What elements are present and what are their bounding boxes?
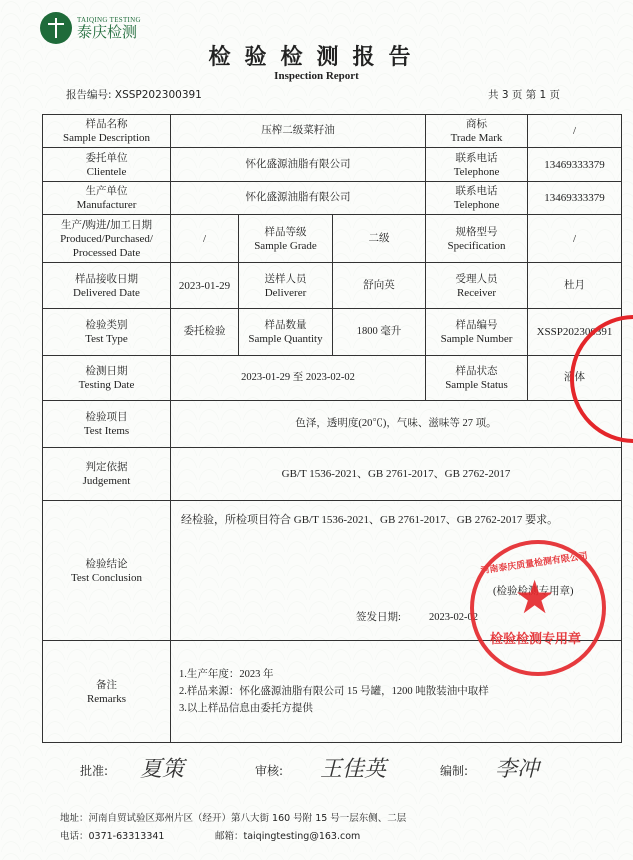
table-row: 生产/购进/加工日期Produced/Purchased/Processed D…: [43, 215, 622, 263]
label-delivered-date: 样品接收日期Delivered Date: [43, 263, 171, 309]
label-manufacturer: 生产单位Manufacturer: [43, 182, 171, 215]
footer-address: 地址：河南自贸试验区郑州片区（经开）第八大街 160 号附 15 号一层东侧、二…: [60, 810, 406, 824]
footer-email: 邮箱：taiqingtesting@163.com: [215, 828, 360, 842]
page-subtitle: Inspection Report: [0, 70, 633, 82]
label-judgement: 判定依据Judgement: [43, 448, 171, 501]
table-row: 判定依据Judgement GB/T 1536-2021、GB 2761-201…: [43, 448, 622, 501]
report-number: 报告编号: XSSP202300391: [66, 87, 202, 102]
value-test-items: 色泽，透明度(20℃)，气味、滋味等 27 项。: [171, 401, 622, 448]
compile-label: 编制:: [440, 762, 468, 779]
compile-signature: 李冲: [495, 752, 539, 783]
footer-phone: 电话：0371-63313341: [60, 828, 164, 842]
label-testing-date: 检测日期Testing Date: [43, 356, 171, 401]
page-info: 共 3 页 第 1 页: [488, 87, 560, 102]
table-row: 生产单位Manufacturer 怀化盛源油脂有限公司 联系电话Telephon…: [43, 182, 622, 215]
sign-date: 2023-02-02: [429, 611, 478, 625]
value-clientele: 怀化盛源油脂有限公司: [171, 148, 426, 182]
remark-line: 2.样品来源：怀化盛源油脂有限公司 15 号罐，1200 吨散装油中取样: [179, 683, 621, 700]
review-signature: 王佳英: [320, 752, 386, 783]
table-row: 备注Remarks 1.生产年度：2023 年 2.样品来源：怀化盛源油脂有限公…: [43, 641, 622, 743]
table-row: 检测日期Testing Date 2023-01-29 至 2023-02-02…: [43, 356, 622, 401]
value-testing-date: 2023-01-29 至 2023-02-02: [171, 356, 426, 401]
value-receiver: 杜月: [528, 263, 622, 309]
table-row: 检验项目Test Items 色泽，透明度(20℃)，气味、滋味等 27 项。: [43, 401, 622, 448]
table-row: 委托单位Clientele 怀化盛源油脂有限公司 联系电话Telephone 1…: [43, 148, 622, 182]
value-telephone-2: 13469333379: [528, 182, 622, 215]
approve-label: 批准:: [80, 762, 108, 779]
label-sample-number: 样品编号Sample Number: [426, 309, 528, 356]
label-clientele: 委托单位Clientele: [43, 148, 171, 182]
value-sample-grade: 二级: [333, 215, 426, 263]
value-remarks: 1.生产年度：2023 年 2.样品来源：怀化盛源油脂有限公司 15 号罐，12…: [171, 641, 622, 743]
value-sample-quantity: 1800 毫升: [333, 309, 426, 356]
label-remarks: 备注Remarks: [43, 641, 171, 743]
value-trade-mark: /: [528, 115, 622, 148]
value-sample-description: 压榨二级菜籽油: [171, 115, 426, 148]
table-row: 样品接收日期Delivered Date 2023-01-29 送样人员Deli…: [43, 263, 622, 309]
label-test-type: 检验类别Test Type: [43, 309, 171, 356]
review-label: 审核:: [255, 762, 283, 779]
value-deliverer: 舒向英: [333, 263, 426, 309]
label-sample-status: 样品状态Sample Status: [426, 356, 528, 401]
label-specification: 规格型号Specification: [426, 215, 528, 263]
sign-date-label: 签发日期:: [356, 611, 401, 625]
value-sample-status: 液体: [528, 356, 622, 401]
page-title: 检验检测报告: [0, 40, 633, 71]
stamp-note: (检验检测专用章): [493, 585, 574, 599]
label-trade-mark: 商标Trade Mark: [426, 115, 528, 148]
value-judgement: GB/T 1536-2021、GB 2761-2017、GB 2762-2017: [171, 448, 622, 501]
value-produced-date: /: [171, 215, 239, 263]
remark-line: 1.生产年度：2023 年: [179, 666, 621, 683]
value-delivered-date: 2023-01-29: [171, 263, 239, 309]
label-sample-grade: 样品等级Sample Grade: [239, 215, 333, 263]
label-produced-date: 生产/购进/加工日期Produced/Purchased/Processed D…: [43, 215, 171, 263]
label-deliverer: 送样人员Deliverer: [239, 263, 333, 309]
value-specification: /: [528, 215, 622, 263]
label-test-items: 检验项目Test Items: [43, 401, 171, 448]
table-row: 样品名称Sample Description 压榨二级菜籽油 商标Trade M…: [43, 115, 622, 148]
label-telephone-2: 联系电话Telephone: [426, 182, 528, 215]
value-test-type: 委托检验: [171, 309, 239, 356]
remark-line: 3.以上样品信息由委托方提供: [179, 700, 621, 717]
label-sample-quantity: 样品数量Sample Quantity: [239, 309, 333, 356]
label-receiver: 受理人员Receiver: [426, 263, 528, 309]
table-row: 检验结论Test Conclusion 经检验，所检项目符合 GB/T 1536…: [43, 501, 622, 641]
value-sample-number: XSSP202300391: [528, 309, 622, 356]
label-telephone: 联系电话Telephone: [426, 148, 528, 182]
value-telephone: 13469333379: [528, 148, 622, 182]
label-sample-description: 样品名称Sample Description: [43, 115, 171, 148]
logo-chinese: 泰庆检测: [77, 24, 141, 41]
approve-signature: 夏策: [140, 752, 184, 783]
conclusion-text: 经检验，所检项目符合 GB/T 1536-2021、GB 2761-2017、G…: [181, 513, 558, 527]
value-test-conclusion: 经检验，所检项目符合 GB/T 1536-2021、GB 2761-2017、G…: [171, 501, 622, 641]
value-manufacturer: 怀化盛源油脂有限公司: [171, 182, 426, 215]
label-test-conclusion: 检验结论Test Conclusion: [43, 501, 171, 641]
table-row: 检验类别Test Type 委托检验 样品数量Sample Quantity 1…: [43, 309, 622, 356]
inspection-table: 样品名称Sample Description 压榨二级菜籽油 商标Trade M…: [42, 114, 622, 743]
